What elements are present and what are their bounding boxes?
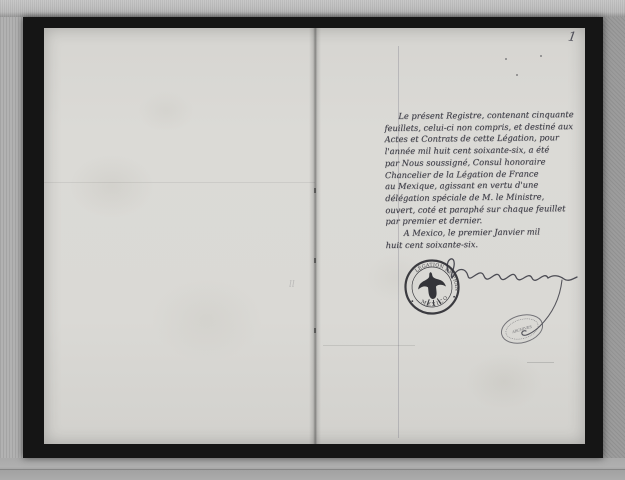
manuscript-text-block: Le présent Registre, contenant cinquante…: [384, 109, 590, 252]
scan-border-left: [0, 17, 23, 458]
ink-speck: [505, 58, 507, 60]
scanned-register-page: ll 1 Le présent Registre, contenant cinq…: [0, 0, 625, 480]
page-spread: ll 1 Le présent Registre, contenant cinq…: [44, 28, 585, 444]
ink-speck: [540, 55, 542, 57]
left-page-blank: [44, 28, 315, 444]
scan-border-bottom-line: [0, 469, 625, 470]
binding-stitch: [314, 258, 316, 263]
binding-stitch: [314, 328, 316, 333]
signature: [394, 246, 594, 371]
ink-ghost-mark: ll: [289, 280, 297, 290]
archive-stamp-text: ARCHIVES: [511, 325, 533, 335]
binding-gutter: [309, 28, 321, 444]
scan-border-top: [0, 0, 625, 17]
binding-stitch: [314, 188, 316, 193]
ink-speck: [516, 74, 518, 76]
scan-artifact-line: [44, 182, 315, 183]
scan-border-right: [603, 17, 625, 458]
